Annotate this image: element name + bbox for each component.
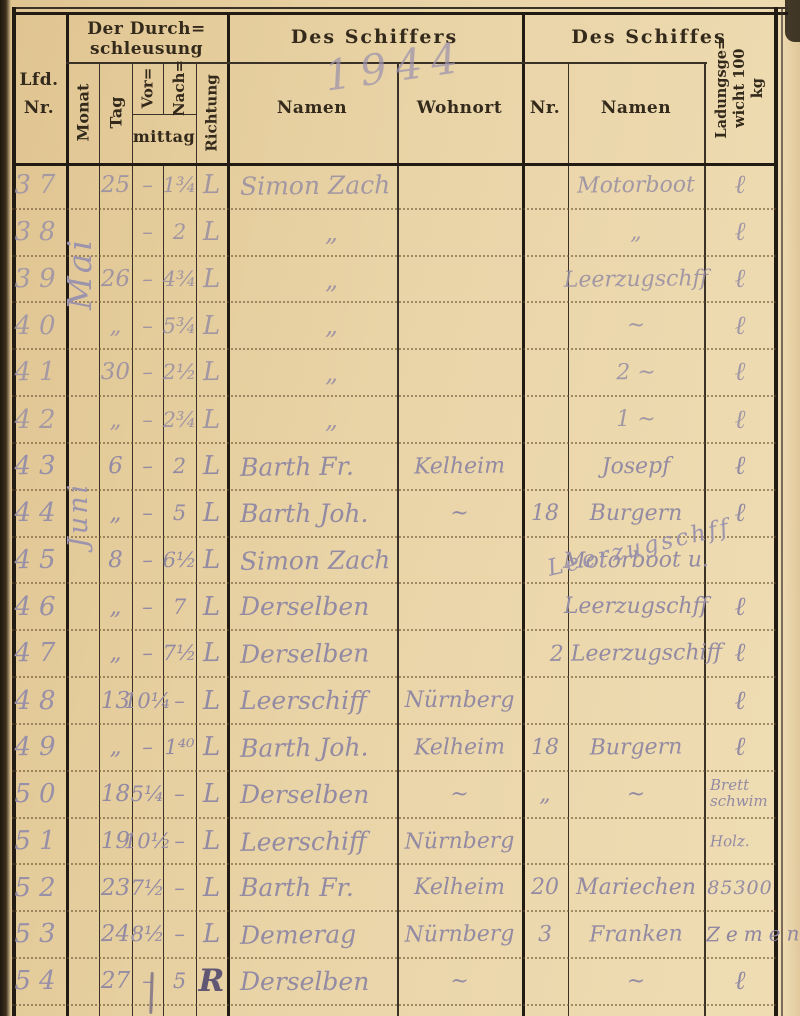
- cell-schiff-name: 1 ~: [568, 397, 704, 442]
- cell-tag: [99, 210, 132, 255]
- cell-tag: 23: [99, 865, 132, 910]
- cell-lfd-nr: 37: [12, 163, 66, 208]
- cell-lfd-nr: 40: [12, 303, 66, 348]
- cell-schiff-nr: 18: [522, 491, 568, 536]
- cell-schiff-nr: „: [522, 772, 568, 817]
- cell-nachmittag: –: [163, 818, 196, 863]
- cell-tag: „: [99, 725, 132, 770]
- cell-wohnort: Nürnberg: [397, 818, 522, 864]
- table-row: 46 „ – 7 L Derselben Leerzugschff ℓ: [12, 584, 776, 631]
- cell-wohnort: [397, 210, 522, 255]
- cell-vormittag: –: [132, 256, 163, 301]
- cell-lfd-nr: 45: [12, 537, 66, 582]
- cell-richtung: L: [196, 163, 227, 208]
- cell-nachmittag: –: [163, 772, 196, 817]
- cell-schiff-nr: [522, 350, 568, 395]
- cell-vormittag: –: [132, 584, 163, 629]
- cell-schiff-nr: 18: [522, 725, 568, 770]
- cell-richtung: L: [196, 491, 227, 536]
- cell-richtung: L: [196, 210, 227, 255]
- cell-richtung: L: [196, 865, 227, 910]
- cell-wohnort: ~: [397, 772, 522, 817]
- cell-tag: „: [99, 397, 132, 442]
- table-row: 49 „ – 1⁴⁰ L Barth Joh. Kelheim 18 Burge…: [12, 725, 776, 772]
- cell-nachmittag: 2: [163, 444, 196, 489]
- month-label-mai: Mai: [60, 188, 100, 310]
- cell-schiff-nr: [522, 584, 568, 629]
- cell-wohnort: [397, 537, 522, 583]
- cell-wohnort: Kelheim: [397, 443, 522, 489]
- cell-tag: 24: [99, 912, 132, 957]
- table-border-top-outer: [12, 7, 788, 9]
- cell-schiff-nr: [522, 256, 568, 301]
- cell-schiff-nr: [522, 163, 568, 208]
- cell-tag: 27: [99, 959, 132, 1004]
- cell-schiff-name: 2 ~: [568, 350, 704, 396]
- cell-schiff-name: 2 Leerzugschiff: [568, 631, 704, 677]
- cell-schiff-name: ~: [568, 303, 704, 348]
- table-row: 38 – 2 L „ „ ℓ: [12, 210, 776, 257]
- cell-nachmittag: 2: [163, 210, 196, 255]
- cell-lfd-nr: 49: [12, 725, 66, 770]
- cell-richtung: L: [196, 350, 227, 395]
- cell-schiff-name: Josepf: [568, 443, 704, 489]
- cell-richtung: L: [196, 537, 227, 582]
- cell-schiff-nr: [522, 959, 568, 1004]
- cell-lfd-nr: 42: [12, 397, 66, 442]
- col-header-nachmittag: Nach=: [163, 62, 196, 114]
- cell-tag: „: [99, 631, 132, 676]
- cell-schiffer-name: Simon Zach: [227, 162, 410, 209]
- cell-schiffer-name: Derselben: [227, 772, 410, 817]
- cell-ladungsgewicht: Brett schwim: [704, 772, 782, 817]
- cell-schiff-name: [568, 818, 704, 864]
- table-row: 53 24 8½ – L Demerag Nürnberg 3 Franken …: [12, 912, 776, 959]
- cell-richtung: L: [196, 584, 227, 629]
- cell-lfd-nr: 52: [12, 865, 66, 910]
- cell-ladungsgewicht: ℓ: [704, 678, 776, 723]
- cell-schiff-nr: 3: [522, 912, 568, 957]
- cell-richtung: L: [196, 444, 227, 489]
- col-header-lfd-nr: Lfd. Nr.: [12, 66, 66, 122]
- col-header-vormittag: Vor=: [132, 62, 163, 114]
- cell-schiffer-name: Simon Zach: [227, 537, 410, 584]
- cell-richtung: L: [196, 818, 227, 863]
- cell-lfd-nr: 46: [12, 584, 66, 629]
- cell-ladungsgewicht: ℓ: [704, 163, 776, 209]
- table-border-right-outer: [781, 7, 783, 1016]
- cell-nachmittag: 4¾: [163, 256, 196, 301]
- table-row: 50 18 5¼ – L Derselben ~ „ ~ Brett schwi…: [12, 772, 776, 819]
- cell-schiff-name: Motorboot: [568, 162, 704, 208]
- cell-tag: 30: [99, 350, 132, 395]
- cell-wohnort: ~: [397, 959, 522, 1004]
- cell-schiffer-name: Barth Fr.: [227, 443, 410, 490]
- cell-richtung: L: [196, 772, 227, 817]
- cell-lfd-nr: 41: [12, 350, 66, 395]
- cell-lfd-nr: 51: [12, 818, 66, 863]
- cell-ladungsgewicht: ℓ: [704, 256, 776, 302]
- table-row: 48 13 10¼ – L Leerschiff Nürnberg ℓ: [12, 678, 776, 725]
- col-header-richtung: Richtung: [196, 62, 227, 163]
- cell-vormittag: –: [132, 397, 163, 442]
- table-row: 51 19 10½ – L Leerschiff Nürnberg Holz.: [12, 819, 776, 866]
- cell-ladungsgewicht: Zement: [704, 912, 778, 958]
- cell-ladungsgewicht: ℓ: [704, 210, 776, 255]
- cell-wohnort: Nürnberg: [397, 678, 522, 723]
- cell-lfd-nr: 50: [12, 772, 66, 817]
- cell-nachmittag: 1¾: [163, 163, 196, 208]
- cell-nachmittag: 5: [163, 959, 196, 1004]
- cell-schiffer-name: Derselben: [227, 959, 410, 1004]
- cell-wohnort: Kelheim: [397, 865, 522, 910]
- cell-nachmittag: 2¾: [163, 397, 196, 442]
- table-row: 42 „ – 2¾ L „ 1 ~ ℓ: [12, 397, 776, 444]
- cell-vormittag: –: [132, 350, 163, 395]
- cell-lfd-nr: 44: [12, 491, 66, 536]
- cell-vormittag: 10¼: [132, 678, 163, 723]
- cell-wohnort: [397, 303, 522, 348]
- cell-vormittag: –: [132, 444, 163, 489]
- cell-ladungsgewicht: 85300: [704, 865, 776, 910]
- cell-ladungsgewicht: ℓ: [704, 303, 776, 348]
- cell-ladungsgewicht: ℓ: [704, 631, 776, 677]
- cell-ladungsgewicht: ℓ: [704, 444, 776, 490]
- cell-lfd-nr: 54: [12, 959, 66, 1004]
- cell-tag: 6: [99, 444, 132, 489]
- cell-richtung: L: [196, 397, 227, 442]
- cell-tag: 26: [99, 256, 132, 301]
- cell-wohnort: [397, 256, 522, 302]
- table-row: 43 6 – 2 L Barth Fr. Kelheim Josepf ℓ: [12, 444, 776, 491]
- cell-richtung: L: [196, 256, 227, 301]
- cell-schiff-name: ~: [568, 959, 704, 1004]
- cell-ladungsgewicht: ℓ: [704, 397, 776, 442]
- cell-nachmittag: 6½: [163, 537, 196, 582]
- cell-nachmittag: 7½: [163, 631, 196, 676]
- table-row: 39 26 – 4¾ L „ Leerzugschff ℓ: [12, 257, 776, 304]
- col-header-schiff-nr: Nr.: [522, 98, 568, 118]
- cell-schiff-nr: [522, 444, 568, 489]
- cell-nachmittag: 2½: [163, 350, 196, 395]
- cell-lfd-nr: 38: [12, 210, 66, 255]
- cell-vormittag: –: [132, 959, 163, 1004]
- cell-vormittag: –: [132, 537, 163, 582]
- cell-wohnort: Nürnberg: [397, 912, 522, 958]
- cell-schiff-name: Leerzugschff: [568, 256, 704, 302]
- cell-richtung: L: [196, 303, 227, 348]
- cell-schiff-name: Burgern: [568, 724, 704, 770]
- cell-vormittag: 7½: [132, 865, 163, 910]
- cell-ladungsgewicht: ℓ: [704, 725, 776, 771]
- cell-wohnort: [397, 350, 522, 396]
- col-header-tag: Tag: [99, 62, 132, 163]
- month-label-juni: Juni: [63, 430, 101, 548]
- cell-vormittag: –: [132, 303, 163, 348]
- cell-ladungsgewicht: ℓ: [704, 959, 776, 1004]
- cell-tag: „: [99, 303, 132, 348]
- cell-tag: 8: [99, 537, 132, 582]
- ledger-page: Lfd. Nr. Der Durch= schleusung Monat Tag…: [0, 0, 800, 1016]
- cell-schiff-name: Mariechen: [568, 865, 704, 910]
- cell-schiff-name: Leerzugschff: [568, 584, 704, 629]
- table-row: 47 „ – 7½ L Derselben 2 Leerzugschiff ℓ: [12, 631, 776, 678]
- table-row: 41 30 – 2½ L „ 2 ~ ℓ: [12, 350, 776, 397]
- cell-schiff-name: ~: [568, 772, 704, 817]
- cell-schiffer-name: Derselben: [227, 630, 410, 677]
- cell-wohnort: [397, 397, 522, 442]
- cell-schiff-nr: [522, 397, 568, 442]
- table-row: 52 23 7½ – L Barth Fr. Kelheim 20 Mariec…: [12, 865, 776, 912]
- cell-richtung: L: [196, 678, 227, 723]
- cell-vormittag: 5¼: [132, 772, 163, 817]
- cell-lfd-nr: 48: [12, 678, 66, 723]
- cell-schiffer-name: Barth Fr.: [227, 865, 410, 910]
- cell-wohnort: Kelheim: [397, 724, 522, 770]
- table-border-top-inner: [12, 12, 788, 15]
- cell-wohnort: [397, 631, 522, 677]
- cell-schiff-name: [568, 678, 704, 723]
- cell-tag: 18: [99, 772, 132, 817]
- cell-nachmittag: 5: [163, 491, 196, 536]
- page-right-edge: [782, 0, 800, 1016]
- cell-lfd-nr: 53: [12, 912, 66, 957]
- table-row: 40 „ – 5¾ L „ ~ ℓ: [12, 303, 776, 350]
- cell-schiffer-name: Demerag: [227, 911, 410, 958]
- cell-schiff-name: „: [568, 210, 704, 255]
- cell-tag: „: [99, 584, 132, 629]
- cell-wohnort: ~: [397, 491, 522, 536]
- cell-wohnort: [397, 584, 522, 629]
- cell-vormittag: –: [132, 725, 163, 770]
- group-header-durchschleusung: Der Durch= schleusung: [66, 19, 227, 60]
- cell-nachmittag: 7: [163, 584, 196, 629]
- cell-schiff-name: Franken: [568, 912, 704, 958]
- cell-ladungsgewicht: ℓ: [704, 584, 776, 629]
- cell-vormittag: –: [132, 491, 163, 536]
- cell-vormittag: 10½: [132, 818, 163, 863]
- col-header-mittag: mittag: [132, 127, 196, 146]
- col-header-wohnort: Wohnort: [397, 98, 522, 118]
- cell-nachmittag: –: [163, 865, 196, 910]
- cell-richtung: L: [196, 631, 227, 676]
- cell-schiff-nr: [522, 210, 568, 255]
- cell-richtung: R: [196, 959, 227, 1004]
- cell-nachmittag: 1⁴⁰: [163, 725, 196, 770]
- cell-schiffer-name: Derselben: [227, 584, 410, 629]
- table-body: 37 25 – 1¾ L Simon Zach Motorboot ℓ 38 –…: [12, 163, 776, 1006]
- cell-schiffer-name: Barth Joh.: [227, 724, 410, 771]
- cell-schiffer-name: Leerschiff: [227, 678, 410, 723]
- cell-tag: „: [99, 491, 132, 536]
- col-header-ladungsgewicht: Ladungsge= wicht 100 kg: [704, 13, 776, 163]
- cell-vormittag: –: [132, 210, 163, 255]
- col-header-monat: Monat: [66, 62, 99, 163]
- col-header-schiffer-namen: Namen: [227, 98, 397, 118]
- table-row: 37 25 – 1¾ L Simon Zach Motorboot ℓ: [12, 163, 776, 210]
- cell-schiffer-name: Barth Joh.: [227, 491, 410, 536]
- cell-vormittag: –: [132, 163, 163, 208]
- table-row: 54 27 – 5 R Derselben ~ ~ ℓ: [12, 959, 776, 1006]
- cell-schiffer-name: Leerschiff: [227, 818, 410, 865]
- cell-ladungsgewicht: [704, 537, 776, 583]
- cell-tag: 25: [99, 163, 132, 208]
- cell-richtung: L: [196, 725, 227, 770]
- cell-lfd-nr: 43: [12, 444, 66, 489]
- cell-ladungsgewicht: Holz.: [704, 818, 782, 864]
- cell-lfd-nr: 47: [12, 631, 66, 676]
- cell-schiff-nr: [522, 303, 568, 348]
- cell-vormittag: –: [132, 631, 163, 676]
- cell-wohnort: [397, 162, 522, 208]
- cell-vormittag: 8½: [132, 912, 163, 957]
- cell-schiff-nr: 20: [522, 865, 568, 910]
- cell-ladungsgewicht: ℓ: [704, 350, 776, 396]
- cell-lfd-nr: 39: [12, 256, 66, 301]
- cell-richtung: L: [196, 912, 227, 957]
- page-left-edge: [0, 0, 11, 1016]
- col-header-schiff-namen: Namen: [568, 98, 704, 118]
- cell-schiff-nr: [522, 678, 568, 723]
- cell-nachmittag: –: [163, 678, 196, 723]
- cell-nachmittag: –: [163, 912, 196, 957]
- cell-nachmittag: 5¾: [163, 303, 196, 348]
- cell-schiff-nr: [522, 818, 568, 863]
